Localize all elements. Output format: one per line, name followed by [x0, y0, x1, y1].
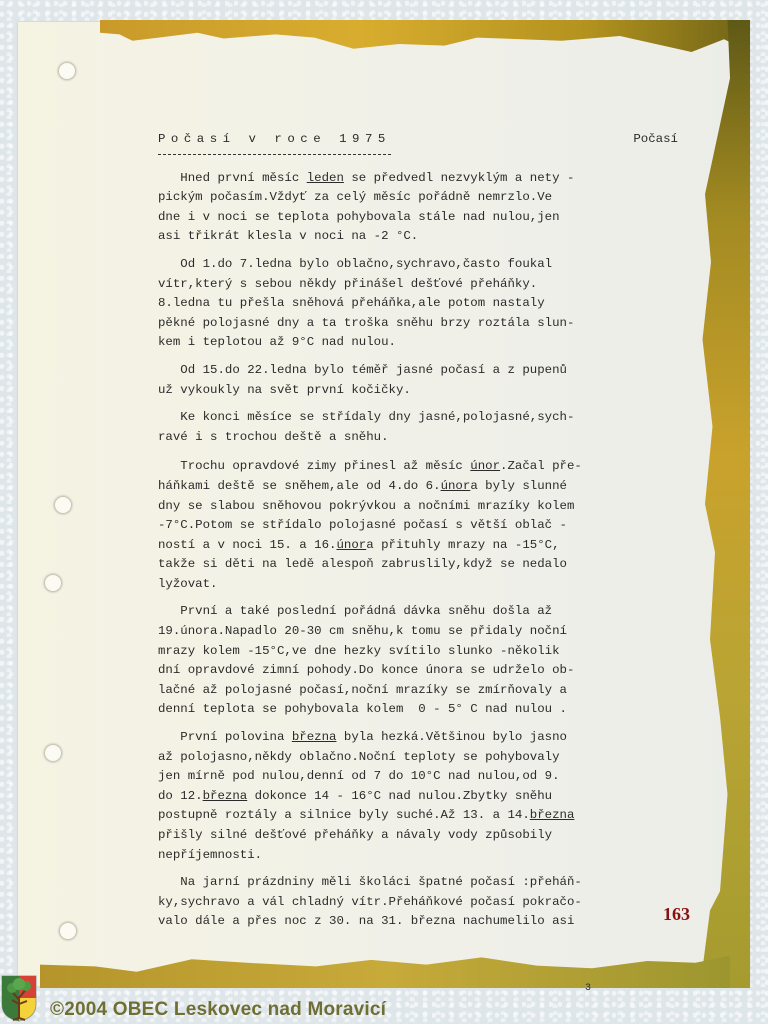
text-line: mrazy kolem -15°C,ve dne hezky svítilo s… — [158, 642, 678, 662]
text-line: vítr,který s sebou někdy přinášel dešťov… — [158, 275, 678, 295]
text-line: dní opravdové zimní pohody.Do konce únor… — [158, 661, 678, 681]
underlined-month: března — [203, 789, 248, 803]
text-line: do 12.března dokonce 14 - 16°C nad nulou… — [158, 787, 678, 807]
punch-hole — [44, 744, 62, 762]
underlined-month: únor — [441, 479, 471, 493]
underlined-month: únor — [336, 538, 366, 552]
text-line: takže si děti na ledě alespoň zabruslily… — [158, 555, 678, 575]
text-line: pickým počasím.Vždyť za celý měsíc pořád… — [158, 188, 678, 208]
text-line: Trochu opravdové zimy přinesl až měsíc ú… — [158, 457, 678, 477]
paragraph: Na jarní prázdniny měli školáci špatné p… — [158, 873, 678, 932]
text-line: -7°C.Potom se střídalo polojasné počasí … — [158, 516, 678, 536]
document-body: Počasí v roce 1975 Počasí Hned první měs… — [158, 130, 678, 940]
text-line: První polovina března byla hezká.Většino… — [158, 728, 678, 748]
paragraph: Od 15.do 22.ledna bylo téměř jasné počas… — [158, 361, 678, 400]
text-line: 8.ledna tu přešla sněhová přeháňka,ale p… — [158, 294, 678, 314]
text-line: denní teplota se pohybovala kolem 0 - 5°… — [158, 700, 678, 720]
document-header: Počasí v roce 1975 Počasí — [158, 130, 678, 155]
punch-hole — [44, 574, 62, 592]
bottom-mark: 3 — [585, 983, 591, 994]
text-line: háňkami deště se sněhem,ale od 4.do 6.ún… — [158, 477, 678, 497]
text-line: První a také poslední pořádná dávka sněh… — [158, 602, 678, 622]
paragraph: Trochu opravdové zimy přinesl až měsíc ú… — [158, 457, 678, 594]
text-line: až polojasno,někdy oblačno.Noční teploty… — [158, 748, 678, 768]
text-line: ky,sychravo a vál chladný vítr.Přeháňkov… — [158, 893, 678, 913]
text-line: dne i v noci se teplota pohybovala stále… — [158, 208, 678, 228]
text-line: Na jarní prázdniny měli školáci špatné p… — [158, 873, 678, 893]
text-line: Hned první měsíc leden se předvedl nezvy… — [158, 169, 678, 189]
paragraph: Ke konci měsíce se střídaly dny jasné,po… — [158, 408, 678, 447]
underlined-month: leden — [307, 171, 344, 185]
text-line: lyžovat. — [158, 575, 678, 595]
text-line: Ke konci měsíce se střídaly dny jasné,po… — [158, 408, 678, 428]
underlined-month: únor — [470, 459, 500, 473]
document-title: Počasí v roce 1975 — [158, 130, 391, 155]
text-line: 19.února.Napadlo 20-30 cm sněhu,k tomu s… — [158, 622, 678, 642]
page-number: 163 — [663, 904, 690, 925]
text-line: už vykoukly na svět první kočičky. — [158, 381, 678, 401]
text-line: jen mírně pod nulou,denní od 7 do 10°C n… — [158, 767, 678, 787]
text-line: kem i teplotou až 9°C nad nulou. — [158, 333, 678, 353]
copyright-footer: ©2004 OBEC Leskovec nad Moravicí — [50, 999, 386, 1021]
punch-hole — [54, 496, 72, 514]
text-line: pěkné polojasné dny a ta troška sněhu br… — [158, 314, 678, 334]
text-line: Od 1.do 7.ledna bylo oblačno,sychravo,ča… — [158, 255, 678, 275]
text-line: Od 15.do 22.ledna bylo téměř jasné počas… — [158, 361, 678, 381]
paragraph: Hned první měsíc leden se předvedl nezvy… — [158, 169, 678, 247]
punch-hole — [59, 922, 77, 940]
paragraph: První a také poslední pořádná dávka sněh… — [158, 602, 678, 720]
text-line: dny se slabou sněhovou pokrývkou a noční… — [158, 497, 678, 517]
text-line: asi třikrát klesla v noci na -2 °C. — [158, 227, 678, 247]
text-line: lačné až polojasné počasí,noční mrazíky … — [158, 681, 678, 701]
municipal-crest-icon — [0, 974, 38, 1022]
text-line: nepříjemnosti. — [158, 846, 678, 866]
punch-hole — [58, 62, 76, 80]
section-label: Počasí — [633, 130, 678, 155]
text-line: ností a v noci 15. a 16.února přituhly m… — [158, 536, 678, 556]
text-line: postupně roztály a silnice byly suché.Až… — [158, 806, 678, 826]
paragraphs: Hned první měsíc leden se předvedl nezvy… — [158, 169, 678, 932]
paragraph: Od 1.do 7.ledna bylo oblačno,sychravo,ča… — [158, 255, 678, 353]
text-line: valo dále a přes noc z 30. na 31. března… — [158, 912, 678, 932]
underlined-month: března — [530, 808, 575, 822]
text-line: ravé i s trochou deště a sněhu. — [158, 428, 678, 448]
underlined-month: března — [292, 730, 337, 744]
text-line: přišly silné dešťové přeháňky a návaly v… — [158, 826, 678, 846]
paragraph: První polovina března byla hezká.Většino… — [158, 728, 678, 865]
